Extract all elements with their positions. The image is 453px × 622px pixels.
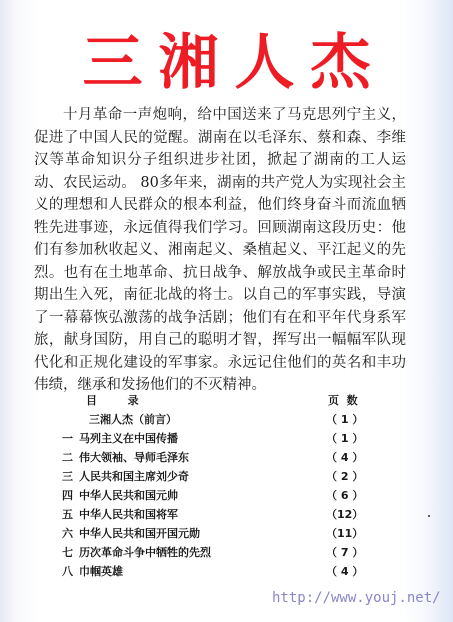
toc-item-number: 二: [62, 449, 76, 467]
toc-item: 五 中华人民共和国将军 （12）: [62, 506, 392, 524]
document-page: 三湘人杰 十月革命一声炮响，给中国送来了马克思列宁主义，促进了中国人民的觉醒。湖…: [0, 0, 453, 622]
toc-item: 三湘人杰（前言） （ 1 ）: [62, 411, 392, 429]
intro-paragraph: 十月革命一声炮响，给中国送来了马克思列宁主义，促进了中国人民的觉醒。湖南在以毛泽…: [34, 104, 406, 397]
toc-item-label: 人民共和国主席刘少奇: [79, 468, 189, 486]
toc-item-number: 八: [62, 563, 76, 581]
toc-header: 目 录 页 数: [62, 392, 392, 410]
toc-item-page: （11）: [326, 525, 376, 543]
toc-item-page: （ 1 ）: [326, 411, 376, 429]
toc-item-label: 中华人民共和国开国元勋: [79, 525, 200, 543]
toc-item-label: 伟大领袖、导师毛泽东: [79, 449, 189, 467]
toc-item-label: 三湘人杰（前言）: [89, 411, 177, 429]
intro-section: 十月革命一声炮响，给中国送来了马克思列宁主义，促进了中国人民的觉醒。湖南在以毛泽…: [34, 104, 406, 397]
toc-item-number: 七: [62, 544, 76, 562]
toc-item: 七 历次革命斗争中牺牲的先烈 （ 7 ）: [62, 544, 392, 562]
toc-item: 六 中华人民共和国开国元勋 （11）: [62, 525, 392, 543]
watermark-url: http://www.youj.net/: [272, 590, 441, 606]
toc-item-page: （ 7 ）: [326, 544, 376, 562]
speck-mark: [428, 515, 430, 517]
toc-item-number: 六: [62, 525, 76, 543]
toc-header-contents: 目 录: [86, 392, 139, 410]
toc-item-page: （ 4 ）: [326, 449, 376, 467]
toc-item-page: （ 6 ）: [326, 487, 376, 505]
toc-item-label: 中华人民共和国元帅: [79, 487, 178, 505]
toc-item-page: （ 1 ）: [326, 430, 376, 448]
toc-item-page: （ 2 ）: [326, 468, 376, 486]
toc-item: 八 巾帼英雄 （ 4 ）: [62, 563, 392, 581]
toc-item-number: 五: [62, 506, 76, 524]
toc-item-label: 历次革命斗争中牺牲的先烈: [79, 544, 211, 562]
toc-item-label: 马列主义在中国传播: [79, 430, 178, 448]
toc-item: 一 马列主义在中国传播 （ 1 ）: [62, 430, 392, 448]
toc-item: 二 伟大领袖、导师毛泽东 （ 4 ）: [62, 449, 392, 467]
page-title: 三湘人杰: [0, 28, 453, 98]
toc-item-number: 一: [62, 430, 76, 448]
toc-item: 四 中华人民共和国元帅 （ 6 ）: [62, 487, 392, 505]
toc-item-label: 巾帼英雄: [79, 563, 123, 581]
toc-item-page: （12）: [326, 506, 376, 524]
toc-header-pages: 页 数: [328, 392, 358, 410]
toc-item: 三 人民共和国主席刘少奇 （ 2 ）: [62, 468, 392, 486]
toc-item-page: （ 4 ）: [326, 563, 376, 581]
toc-item-number: 四: [62, 487, 76, 505]
toc-item-number: 三: [62, 468, 76, 486]
toc-item-label: 中华人民共和国将军: [79, 506, 178, 524]
